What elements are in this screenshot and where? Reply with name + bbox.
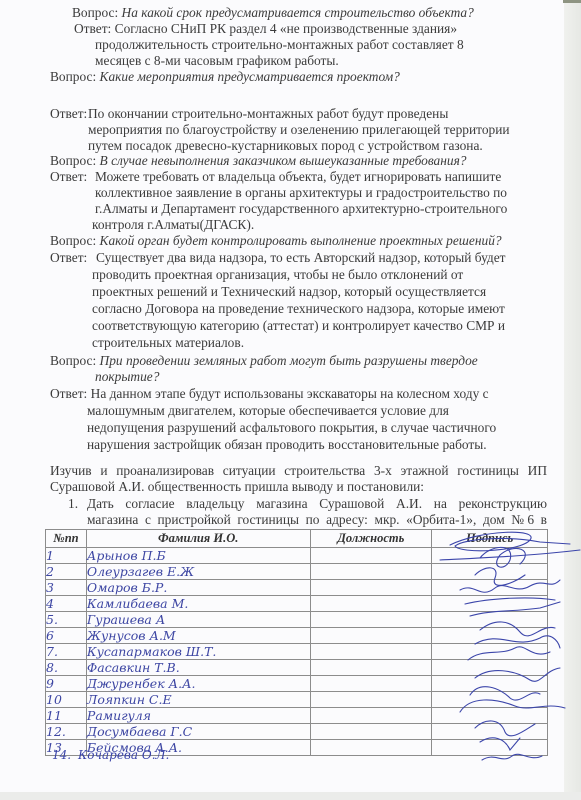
row-number: 10 bbox=[46, 692, 87, 708]
row-name: Олеурзагев Е.Ж bbox=[86, 564, 310, 580]
answer-3: Ответ: bbox=[50, 169, 87, 185]
row-position bbox=[310, 548, 432, 564]
answer-line: контроля г.Алматы(ДГАСК). bbox=[92, 217, 254, 233]
answer-line: коллективное заявление в органы архитект… bbox=[95, 185, 507, 201]
answer-label: Ответ: bbox=[50, 106, 87, 121]
question-text-continued: покрытие? bbox=[95, 369, 159, 385]
extra-row-name: Кочарева О.Л. bbox=[78, 748, 169, 762]
row-name: Лояпкин С.Е bbox=[86, 692, 310, 708]
answer-label: Ответ: bbox=[74, 21, 111, 36]
answer-line: Можете требовать от владельца объекта, б… bbox=[95, 169, 501, 185]
answer-line: Существует два вида надзора, то есть Авт… bbox=[96, 250, 506, 266]
question-2: Вопрос: Какие мероприятия предусматривае… bbox=[50, 69, 400, 85]
question-label: Вопрос: bbox=[50, 353, 96, 368]
row-number: 9 bbox=[46, 676, 87, 692]
row-name: Камлибаева М. bbox=[86, 596, 310, 612]
scan-edge-corner bbox=[563, 0, 581, 3]
answer-line: На данном этапе будут использованы экска… bbox=[91, 386, 489, 401]
col-header-position: Должность bbox=[310, 530, 432, 548]
resolution-line: Дать согласие владельцу магазина Сурашов… bbox=[87, 496, 547, 512]
question-3: Вопрос: В случае невыполнения заказчиком… bbox=[50, 153, 467, 169]
row-position bbox=[310, 692, 432, 708]
row-number: 3 bbox=[46, 580, 87, 596]
answer-line: малошумным двигателем, которые обеспечив… bbox=[87, 403, 449, 419]
answer-line: недопущения разрушений асфальтового покр… bbox=[87, 420, 496, 436]
extra-row-number: 14. bbox=[52, 748, 71, 762]
answer-line: месяцев с 8-ми часовым графиком работы. bbox=[95, 53, 339, 69]
answer-line: продолжительность строительно-монтажных … bbox=[95, 37, 464, 53]
answer-line: По окончании строительно-монтажных работ… bbox=[88, 106, 448, 122]
row-number: 1 bbox=[46, 548, 87, 564]
question-text: На какой срок предусматривается строител… bbox=[122, 5, 474, 20]
col-header-name: Фамилия И.О. bbox=[86, 530, 310, 548]
row-number: 5. bbox=[46, 612, 87, 628]
row-name: Жунусов А.М bbox=[86, 628, 310, 644]
row-number: 6 bbox=[46, 628, 87, 644]
conclusion-line: Сурашовой А.И. общественность пришла выв… bbox=[50, 479, 424, 495]
answer-label: Ответ: bbox=[50, 250, 87, 265]
row-position bbox=[310, 660, 432, 676]
answer-label: Ответ: bbox=[50, 386, 87, 401]
row-number: 4 bbox=[46, 596, 87, 612]
question-4: Вопрос: Какой орган будет контролировать… bbox=[50, 233, 502, 249]
resolution-number: 1. bbox=[68, 496, 78, 512]
row-name: Гурашева А bbox=[86, 612, 310, 628]
answer-line: соответствующую категорию (аттестат) и к… bbox=[92, 318, 505, 334]
question-label: Вопрос: bbox=[50, 233, 96, 248]
row-position bbox=[310, 676, 432, 692]
answer-line: г.Алматы и Департамент государственного … bbox=[95, 201, 507, 217]
answer-line: проводить проектная организация, чтобы н… bbox=[92, 267, 463, 283]
answer-line: путем посадок древесно-кустарниковых пор… bbox=[88, 138, 483, 154]
row-name: Рамигуля bbox=[86, 708, 310, 724]
answer-5: Ответ: На данном этапе будут использован… bbox=[50, 386, 489, 402]
row-name: Кусапармаков Ш.Т. bbox=[86, 644, 310, 660]
answer-line: нарушения застройщик обязан проводить во… bbox=[87, 437, 487, 453]
conclusion-line: Изучив и проанализировав ситуации строит… bbox=[50, 463, 547, 479]
answer-2: Ответ: bbox=[50, 106, 87, 122]
row-position bbox=[310, 644, 432, 660]
row-position bbox=[310, 596, 432, 612]
answer-line: проектных решений и Технический надзор, … bbox=[92, 284, 486, 300]
row-name: Омаров Б.Р. bbox=[86, 580, 310, 596]
row-number: 7. bbox=[46, 644, 87, 660]
answer-label: Ответ: bbox=[50, 169, 87, 184]
row-name: Фасавкин Т.В. bbox=[86, 660, 310, 676]
question-label: Вопрос: bbox=[72, 5, 118, 20]
answer-4: Ответ: bbox=[50, 250, 87, 266]
row-number: 11 bbox=[46, 708, 87, 724]
answer-line: строительных материалов. bbox=[92, 335, 244, 351]
scan-edge-bottom bbox=[0, 792, 581, 800]
row-number: 12. bbox=[46, 724, 87, 740]
row-position bbox=[310, 724, 432, 740]
question-text: Какие мероприятия предусматривается прое… bbox=[100, 69, 400, 84]
row-number: 2 bbox=[46, 564, 87, 580]
handwritten-signatures bbox=[420, 520, 581, 775]
question-label: Вопрос: bbox=[50, 153, 96, 168]
answer-1: Ответ: Согласно СНиП РК раздел 4 «не про… bbox=[74, 21, 457, 37]
row-name: Джуренбек А.А. bbox=[86, 676, 310, 692]
question-text: При проведении земляных работ могут быть… bbox=[100, 353, 478, 368]
row-position bbox=[310, 740, 432, 756]
question-text: В случае невыполнения заказчиком вышеука… bbox=[100, 153, 467, 168]
question-5: Вопрос: При проведении земляных работ мо… bbox=[50, 353, 478, 369]
row-position bbox=[310, 628, 432, 644]
row-position bbox=[310, 564, 432, 580]
answer-line: согласно Договора на проведение техничес… bbox=[92, 301, 505, 317]
row-position bbox=[310, 708, 432, 724]
row-name: Досумбаева Г.С bbox=[86, 724, 310, 740]
row-position bbox=[310, 612, 432, 628]
question-text: Какой орган будет контролировать выполне… bbox=[100, 233, 502, 248]
question-label: Вопрос: bbox=[50, 69, 96, 84]
row-number: 8. bbox=[46, 660, 87, 676]
question-1: Вопрос: На какой срок предусматривается … bbox=[72, 5, 474, 21]
row-name: Арынов П.Б bbox=[86, 548, 310, 564]
row-position bbox=[310, 580, 432, 596]
answer-line: мероприятия по благоустройству и озелене… bbox=[88, 122, 510, 138]
col-header-number: №пп bbox=[46, 530, 87, 548]
answer-line: Согласно СНиП РК раздел 4 «не производст… bbox=[115, 21, 457, 36]
